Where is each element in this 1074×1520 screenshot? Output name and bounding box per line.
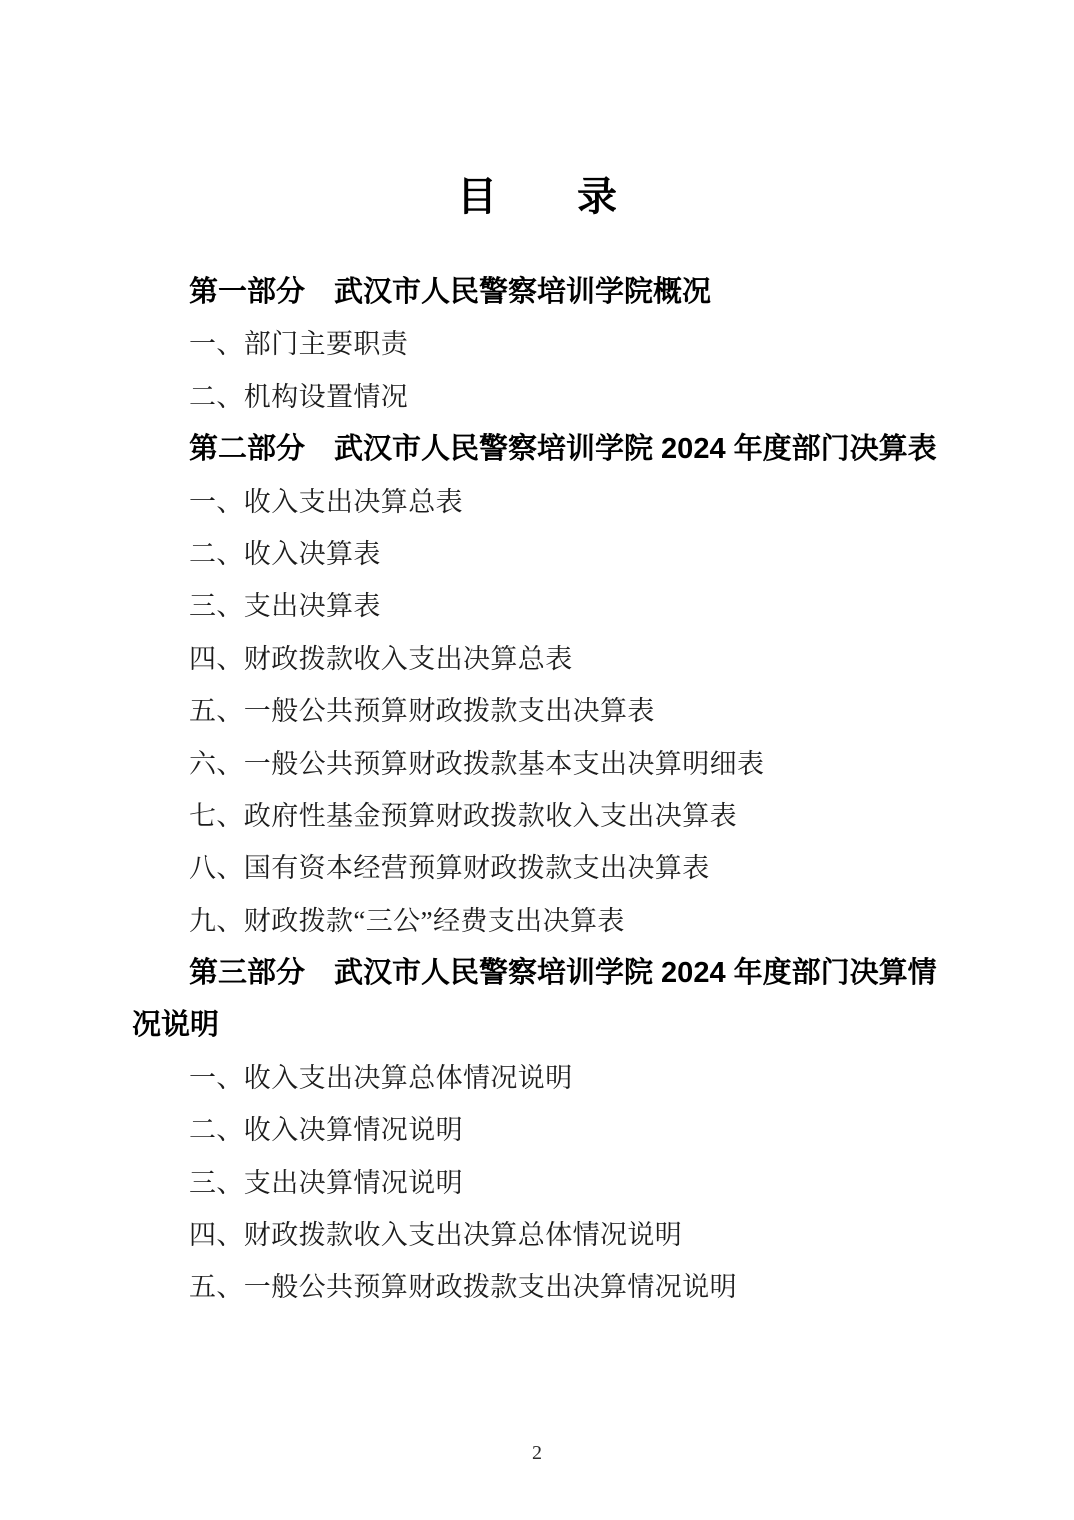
toc-heading-part-2: 第二部分 武汉市人民警察培训学院 2024 年度部门决算表 [132, 423, 942, 475]
toc-item-part3-2: 二、收入决算情况说明 [132, 1104, 942, 1156]
toc-item-part1-2: 二、机构设置情况 [132, 371, 942, 423]
toc-item-part2-2: 二、收入决算表 [132, 528, 942, 580]
toc-heading-part-3: 第三部分 武汉市人民警察培训学院 2024 年度部门决算情 [132, 947, 942, 999]
toc-item-part3-1: 一、收入支出决算总体情况说明 [132, 1052, 942, 1104]
toc-item-part2-3: 三、支出决算表 [132, 580, 942, 632]
toc-item-part3-5: 五、一般公共预算财政拨款支出决算情况说明 [132, 1261, 942, 1313]
toc-item-part2-7: 七、政府性基金预算财政拨款收入支出决算表 [132, 790, 942, 842]
page-number: 2 [0, 1441, 1074, 1465]
toc-item-part2-4: 四、财政拨款收入支出决算总表 [132, 633, 942, 685]
page-title: 目 录 [132, 174, 942, 220]
toc-item-part3-3: 三、支出决算情况说明 [132, 1157, 942, 1209]
toc-item-part2-5: 五、一般公共预算财政拨款支出决算表 [132, 685, 942, 737]
toc-item-part2-1: 一、收入支出决算总表 [132, 476, 942, 528]
toc-heading-part-3-continuation: 况说明 [132, 999, 942, 1051]
toc-item-part2-8: 八、国有资本经营预算财政拨款支出决算表 [132, 842, 942, 894]
document-page: 目 录 第一部分 武汉市人民警察培训学院概况 一、部门主要职责 二、机构设置情况… [0, 0, 1074, 1520]
toc-item-part2-9: 九、财政拨款“三公”经费支出决算表 [132, 895, 942, 947]
toc-heading-part-1: 第一部分 武汉市人民警察培训学院概况 [132, 266, 942, 318]
toc-item-part1-1: 一、部门主要职责 [132, 318, 942, 370]
toc-item-part3-4: 四、财政拨款收入支出决算总体情况说明 [132, 1209, 942, 1261]
toc-item-part2-6: 六、一般公共预算财政拨款基本支出决算明细表 [132, 738, 942, 790]
table-of-contents: 第一部分 武汉市人民警察培训学院概况 一、部门主要职责 二、机构设置情况 第二部… [132, 266, 942, 1314]
